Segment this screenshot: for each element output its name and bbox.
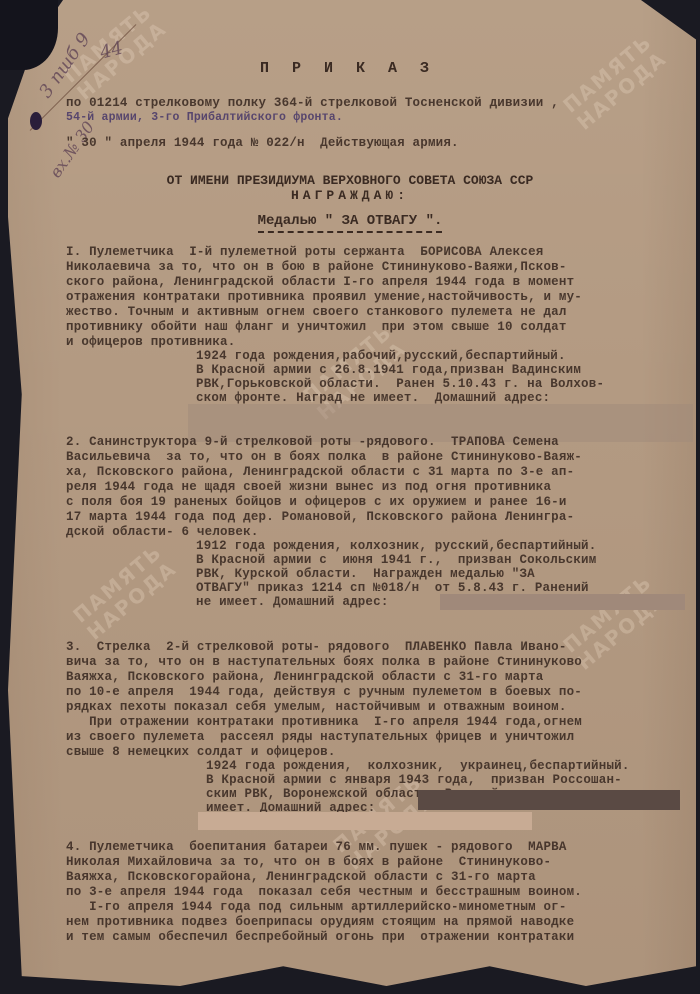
- bio-line: не имеет. Домашний адрес:: [196, 595, 389, 610]
- text-line: Ваяжха, Псковского района, Ленинградской…: [66, 670, 543, 685]
- text-line: противнику обойти наш фланг и уничтожил …: [66, 320, 567, 335]
- text-line: по 10-е апреля 1944 года, действуя с руч…: [66, 685, 582, 700]
- header-line: 54-й армии, 3-го Прибалтийского фронта.: [66, 110, 343, 125]
- redaction-box: [440, 594, 685, 610]
- text-line: жество. Точным и активным огнем своего с…: [66, 305, 567, 320]
- redaction-box: [198, 812, 532, 830]
- text-line: из своего пулемета рассеял ряды наступат…: [66, 730, 574, 745]
- bio-line: 1912 года рождения, колхозник, русский,б…: [196, 539, 596, 554]
- text-line: рядках пехоты показал себя умелым, насто…: [66, 700, 567, 715]
- text-line: I. Пулеметчика I-й пулеметной роты сержа…: [66, 245, 543, 260]
- text-line: нем противника подвез боеприпасы орудиям…: [66, 915, 574, 930]
- text-line: вича за то, что он в наступательных боях…: [66, 655, 582, 670]
- text-line: дской области- 6 человек.: [66, 525, 259, 540]
- text-line: 17 марта 1944 года под дер. Романовой, П…: [66, 510, 574, 525]
- preamble-line: НАГРАЖДАЮ:: [0, 188, 700, 203]
- text-line: 2. Санинструктора 9-й стрелковой роты -р…: [66, 435, 559, 450]
- text-line: с поля боя 19 раненых бойцов и офицеров …: [66, 495, 567, 510]
- text-line: и офицеров противника.: [66, 335, 235, 350]
- bio-line: В Красной армии с января 1943 года, приз…: [206, 773, 622, 788]
- text-line: и тем самым обеспечил беспребойный огонь…: [66, 930, 574, 945]
- text-line: 4. Пулеметчика боепитания батареи 76 мм.…: [66, 840, 567, 855]
- text-line: отражения контратаки противника проявил …: [66, 290, 582, 305]
- text-line: ха, Псковского района, Ленинградской обл…: [66, 465, 574, 480]
- ink-blot: [30, 112, 42, 130]
- redaction-box: [418, 790, 680, 810]
- header-line: по 01214 стрелковому полку 364-й стрелко…: [66, 96, 559, 111]
- text-line: реля 1944 года не щадя своей жизни вынес…: [66, 480, 551, 495]
- text-line: I-го апреля 1944 года под сильным артилл…: [66, 900, 567, 915]
- bio-line: В Красной армии с 26.8.1941 года,призван…: [196, 363, 581, 378]
- document-title: П Р И К А З: [260, 60, 436, 77]
- medal-heading: Медалью " ЗА ОТВАГУ ".: [0, 213, 700, 229]
- text-line: 3. Стрелка 2-й стрелковой роты- рядового…: [66, 640, 567, 655]
- text-line: по 3-е апреля 1944 года показал себя чес…: [66, 885, 582, 900]
- bio-line: 1924 года рождения,рабочий,русский,беспа…: [196, 349, 566, 364]
- bio-line: 1924 года рождения, колхозник, украинец,…: [206, 759, 630, 774]
- preamble-line: ОТ ИМЕНИ ПРЕЗИДИУМА ВЕРХОВНОГО СОВЕТА СО…: [0, 173, 700, 188]
- text-line: свыше 8 немецких солдат и офицеров.: [66, 745, 336, 760]
- bio-line: РВК,Горьковской области. Ранен 5.10.43 г…: [196, 377, 604, 392]
- bio-line: В Красной армии с июня 1941 г., призван …: [196, 553, 596, 568]
- text-line: Николая Михайловича за то, что он в боях…: [66, 855, 551, 870]
- bio-line: РВК, Курской области. Награжден медалью …: [196, 567, 535, 582]
- text-line: При отражении контратаки противника I-го…: [66, 715, 582, 730]
- text-line: Николаевича за то, что он в бою в районе…: [66, 260, 567, 275]
- header-line: " 30 " апреля 1944 года № 022/н Действую…: [66, 136, 459, 151]
- text-line: Ваяжха, Псковскогорайона, Ленинградской …: [66, 870, 536, 885]
- text-line: ского района, Ленинградской области I-го…: [66, 275, 574, 290]
- text-line: Васильевича за то, что он в боях полка в…: [66, 450, 582, 465]
